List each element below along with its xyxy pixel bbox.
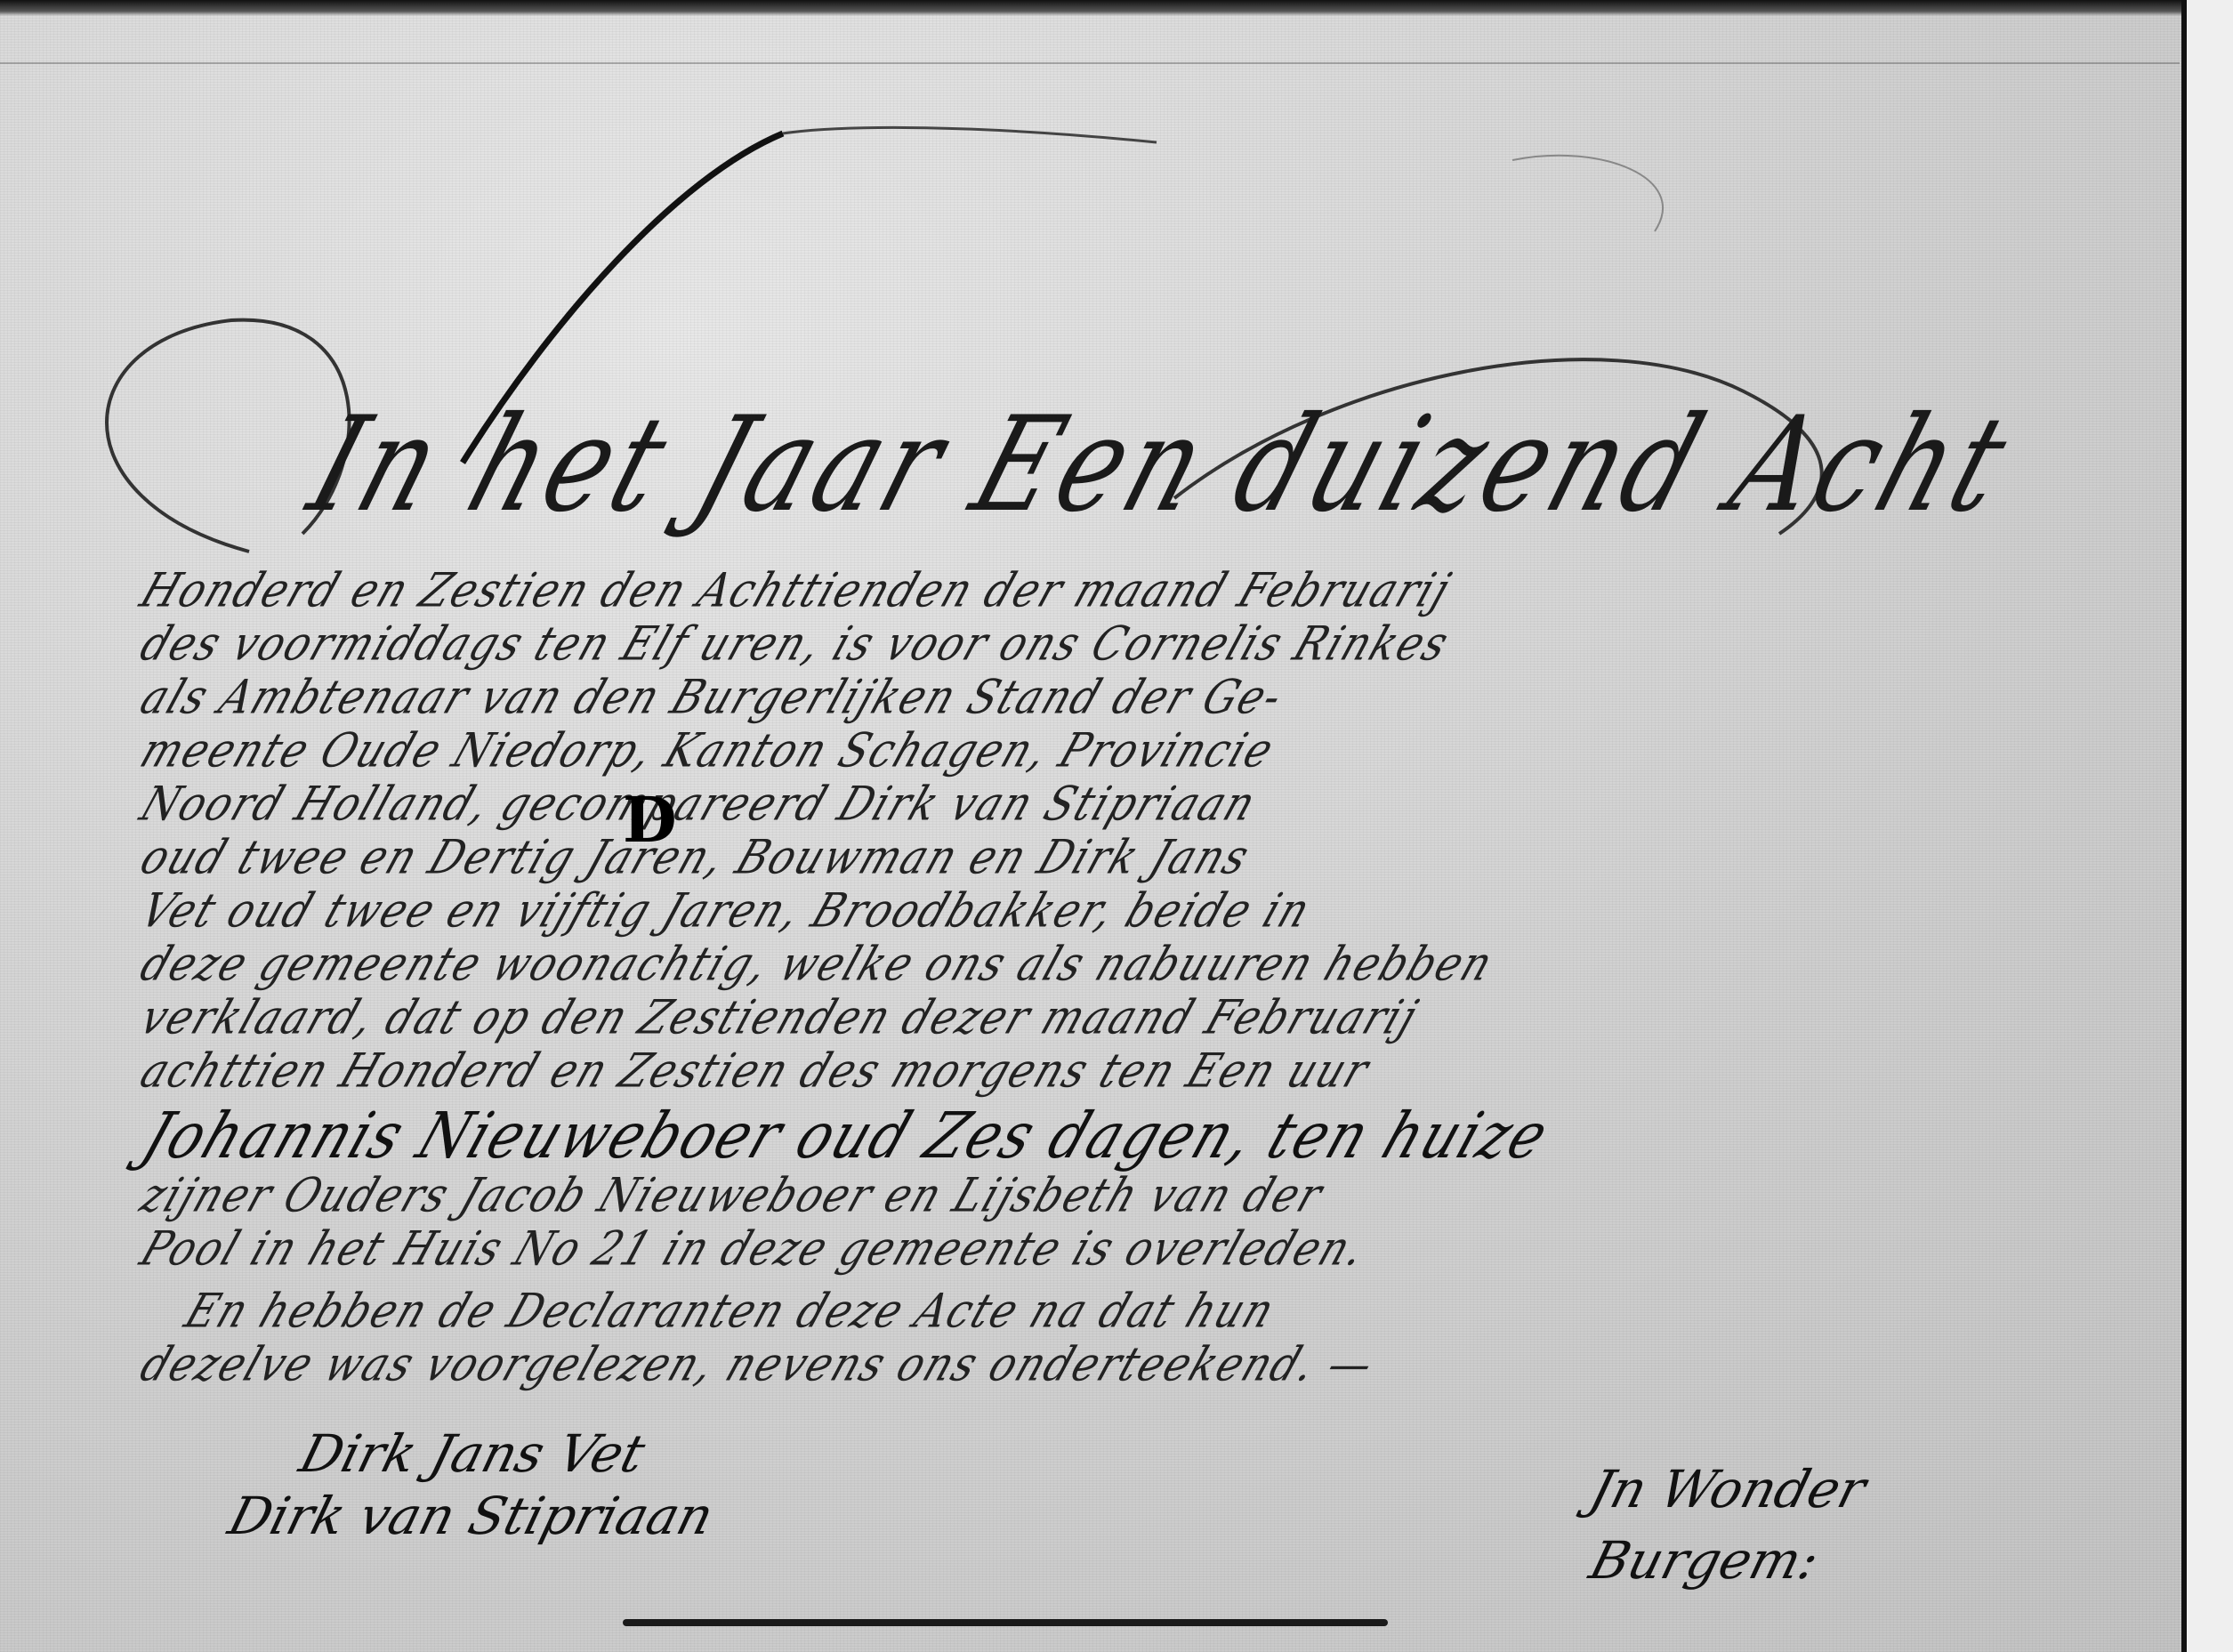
- body-line-15: dezelve was voorgelezen, nevens ons onde…: [133, 1336, 1383, 1391]
- margin-strip: [2187, 0, 2233, 1652]
- body-line-11-child-name: Johannis Nieuweboer oud Zes dagen, ten h…: [133, 1098, 1560, 1173]
- body-line-12: zijner Ouders Jacob Nieuweboer en Lijsbe…: [133, 1167, 1332, 1222]
- body-line-6: oud twee en Dertig Jaren, Bouwman en Dir…: [133, 829, 1258, 884]
- body-line-14: En hebben de Declaranten deze Acte na da…: [178, 1283, 1284, 1338]
- document-page: In het Jaar Een duizend Acht Honderd en …: [0, 0, 2233, 1652]
- body-line-9: verklaard, dat op den Zestienden dezer m…: [133, 989, 1426, 1044]
- body-line-5: Noord Holland, gecompareerd Dirk van Sti…: [133, 776, 1264, 831]
- body-line-1: Honderd en Zestien den Achttienden der m…: [133, 562, 1459, 617]
- bottom-rule: [623, 1619, 1388, 1626]
- signature-left-2: Dirk van Stipriaan: [222, 1486, 720, 1546]
- signature-left-1: Dirk Jans Vet: [294, 1423, 651, 1484]
- body-line-3: als Ambtenaar van den Burgerlijken Stand…: [133, 669, 1292, 724]
- body-line-8: deze gemeente woonachtig, welke ons als …: [133, 936, 1502, 991]
- body-line-4: meente Oude Niedorp, Kanton Schagen, Pro…: [133, 722, 1283, 778]
- body-line-7: Vet oud twee en vijftig Jaren, Broodbakk…: [133, 882, 1319, 938]
- body-line-10: achttien Honderd en Zestien des morgens …: [133, 1043, 1378, 1098]
- body-line-2: des voormiddags ten Elf uren, is voor on…: [133, 616, 1457, 671]
- signature-right-1: Jn Wonder: [1584, 1459, 1872, 1519]
- record-heading: In het Jaar Een duizend Acht: [294, 388, 2029, 542]
- body-line-13: Pool in het Huis No 21 in deze gemeente …: [133, 1221, 1374, 1276]
- signature-right-2: Burgem:: [1584, 1530, 1826, 1591]
- drop-cap: D: [623, 783, 677, 857]
